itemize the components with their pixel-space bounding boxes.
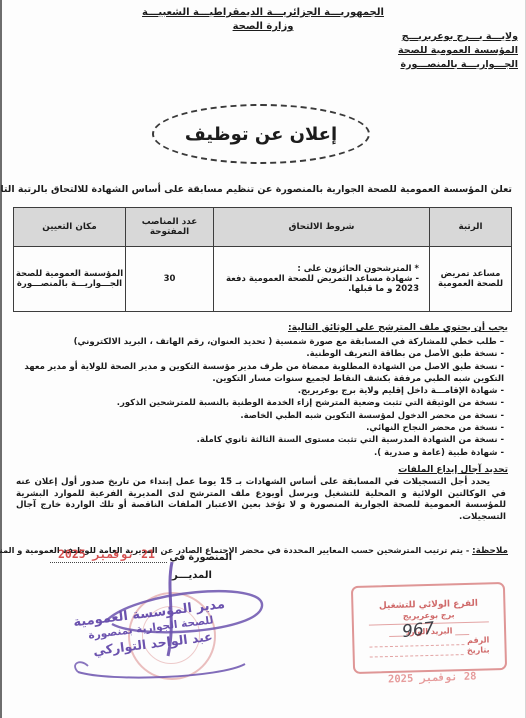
place-line1: المؤسسة العمومية للصحة	[16, 269, 123, 279]
cell-rank: مساعد تمريض للصحة العمومية	[430, 247, 512, 312]
cell-conditions: * المترشحون الحائزون على : - شهادة مساعد…	[214, 247, 430, 312]
documents-heading: يجب أن يحتوي ملف المترشح على الوثائق الت…	[0, 322, 508, 333]
cell-appointment-place: المؤسسة العمومية للصحة الجـــواريـــة با…	[14, 247, 126, 312]
list-item: - شهادة الإقامـــة داخل إقليم ولاية برج …	[14, 385, 504, 397]
list-item: - نسخة من محضر الدخول لمؤسسة التكوين شبه…	[14, 410, 504, 422]
received-stamp-title: الفرع الولائي للتشغيل	[379, 599, 478, 612]
rank-line2: للصحة العمومية	[438, 279, 503, 289]
number-label: الرقم	[467, 635, 489, 645]
org-block: ولايـــة بـــرج بوعريريـــج المؤسسة العم…	[346, 30, 518, 72]
table-row: مساعد تمريض للصحة العمومية * المترشحون ا…	[14, 247, 512, 312]
place-label: المنصورة في	[169, 552, 232, 563]
cell-open-positions: 30	[126, 247, 214, 312]
red-date-stamp-received: 28 نوفمبر 2025	[388, 670, 477, 685]
rank-line1: مساعد تمريض	[441, 269, 501, 279]
place-line2: الجـــواريـــة بالمنصـــورة	[17, 279, 122, 289]
page-title: إعلان عن توظيف	[152, 104, 370, 164]
table-header-row: الرتبة شروط الالتحاق عدد المناصب المفتوح…	[14, 208, 512, 247]
th-rank: الرتبة	[430, 208, 512, 247]
recruitment-table: الرتبة شروط الالتحاق عدد المناصب المفتوح…	[13, 207, 512, 312]
date-label: بتاريخ	[467, 645, 490, 655]
list-item: - شهادة طبية (عامة و صدرية ).	[14, 447, 504, 459]
th-open-positions: عدد المناصب المفتوحة	[126, 208, 214, 247]
deadline-heading: تحديد آجال إيداع الملفات	[0, 465, 508, 475]
org-line2: الجـــواريـــة بالمنصـــورة	[346, 58, 518, 72]
th-appointment-place: مكان التعيين	[14, 208, 126, 247]
dash-decoration	[455, 626, 469, 635]
th-conditions: شروط الالتحاق	[214, 208, 430, 247]
received-stamp-box: الفرع الولائي للتشغيل برج بوعريريج البري…	[351, 582, 507, 674]
header-center: الجمهوريـــة الجزائريـــة الديمقراطيـــة…	[0, 0, 526, 34]
org-wilaya: ولايـــة بـــرج بوعريريـــج	[346, 30, 518, 44]
scan-left-edge	[0, 0, 2, 718]
date-leader-line	[370, 646, 465, 657]
note-label: ملاحظة:	[472, 546, 508, 556]
date-row: بتاريخ	[370, 645, 490, 657]
dash-decoration	[389, 628, 403, 637]
org-line1: المؤسسة العمومية للصحة	[346, 44, 518, 58]
list-item: - نسخة من محضر النجاح النهائي.	[14, 422, 504, 434]
list-item: - نسخة طبق الأصل من بطاقة التعريف الوطني…	[14, 348, 504, 360]
conditions-line2: - شهادة مساعد التمريض للصحة العمومية دفع…	[224, 274, 419, 294]
red-date-stamp-signature: 21 نوفمبر 2025	[58, 547, 155, 561]
handwritten-register-number: 967	[401, 619, 436, 643]
deadline-paragraph: يحدد أجل التسجيلات في المسابقة على أساس …	[16, 477, 506, 523]
title-wrap: إعلان عن توظيف	[156, 104, 370, 164]
header-republic: الجمهوريـــة الجزائريـــة الديمقراطيـــة…	[0, 6, 526, 20]
intro-line: تعلن المؤسسة العمومية للصحة الجوارية بال…	[10, 184, 512, 195]
list-item: - نسخة من الشهادة المدرسية التي تثبت مست…	[14, 434, 504, 446]
director-label: المديـــر	[172, 570, 212, 581]
list-item: - نسخة طبق الاصل من الشهادة المطلوبة ممض…	[14, 361, 504, 386]
documents-list: – طلب خطي للمشاركة في المسابقة مع صورة ش…	[14, 336, 504, 459]
scanned-document-page: الجمهوريـــة الجزائريـــة الديمقراطيـــة…	[0, 0, 526, 718]
list-item: - نسخة من الوثيقة التي تثبت وضعية المترش…	[14, 397, 504, 409]
conditions-line1: * المترشحون الحائزون على :	[297, 264, 419, 274]
list-item: – طلب خطي للمشاركة في المسابقة مع صورة ش…	[14, 336, 504, 348]
